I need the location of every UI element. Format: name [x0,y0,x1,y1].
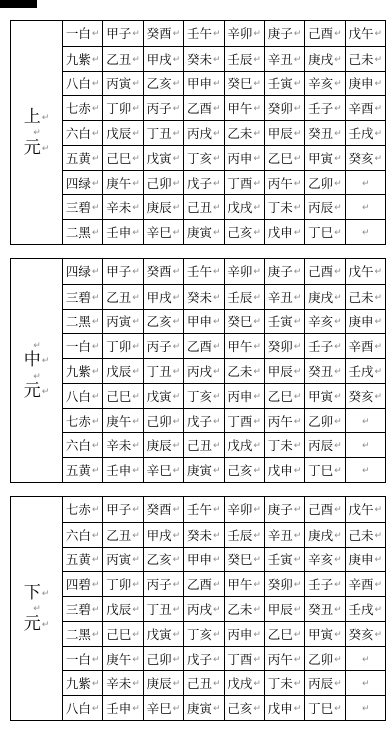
ganzhi-cell: 乙亥↵ [143,71,183,96]
ganzhi-text: 戊辰 [106,124,131,142]
paragraph-mark-icon: ↵ [334,154,342,164]
ganzhi-cell: 辛丑↵ [264,284,304,309]
paragraph-mark-icon: ↵ [92,79,100,89]
ganzhi-text: 丙戌 [187,124,212,142]
ganzhi-text: 甲子 [106,262,131,280]
star-cell: 四绿↵ [62,259,102,284]
ganzhi-cell: 戊辰↵ [102,358,142,383]
paragraph-mark-icon: ↵ [334,655,342,665]
ganzhi-text: 丁酉 [227,412,252,430]
star-cell: 九紫↵ [62,670,102,695]
paragraph-mark-icon: ↵ [92,417,100,427]
ganzhi-cell: ↵ [345,408,385,433]
star-text: 五黄 [66,149,91,167]
ganzhi-text: 癸酉 [147,24,172,42]
ganzhi-text: 戊申 [268,699,293,717]
paragraph-mark-icon: ↵ [294,704,302,714]
paragraph-mark-icon: ↵ [213,154,221,164]
ganzhi-cell: 甲辰↵ [264,596,304,621]
ganzhi-text: 丙辰 [308,436,333,454]
paragraph-mark-icon: ↵ [253,531,261,541]
ganzhi-cell: ↵ [345,695,385,720]
star-cell: 五黄↵ [62,547,102,572]
paragraph-mark-icon: ↵ [132,555,140,565]
star-cell: 九紫↵ [62,46,102,71]
ganzhi-cell: 辛酉↵ [345,571,385,596]
paragraph-mark-icon: ↵ [92,29,100,39]
ganzhi-cell: 丙子↵ [143,95,183,120]
ganzhi-cell: 戊寅↵ [143,621,183,646]
ganzhi-cell: 戊寅↵ [143,145,183,170]
ganzhi-text: 乙巳 [268,149,293,167]
ganzhi-text: 甲午 [227,575,252,593]
ganzhi-cell: 庚子↵ [264,21,304,46]
paragraph-mark-icon: ↵ [213,267,221,277]
paragraph-mark-icon: ↵ [253,154,261,164]
paragraph-mark-icon: ↵ [173,228,181,238]
ganzhi-text: 丙午 [268,174,293,192]
ganzhi-text: 辛未 [106,436,131,454]
paragraph-mark-icon: ↵ [375,293,383,303]
paragraph-mark-icon: ↵ [213,417,221,427]
star-cell: 一白↵ [62,21,102,46]
paragraph-mark-icon: ↵ [334,630,342,640]
paragraph-mark-icon: ↵ [253,79,261,89]
paragraph-mark-icon: ↵ [253,129,261,139]
paragraph-mark-icon: ↵ [132,55,140,65]
ganzhi-cell: 戊辰↵ [102,120,142,145]
ganzhi-text: 己巳 [106,149,131,167]
ganzhi-text: 庚申 [349,74,374,92]
ganzhi-cell: 丁巳↵ [304,219,344,244]
ganzhi-text: 庚寅 [187,461,212,479]
paragraph-mark-icon: ↵ [334,342,342,352]
ganzhi-text: 丙子 [147,575,172,593]
paragraph-mark-icon: ↵ [132,392,140,402]
paragraph-mark-icon: ↵ [253,55,261,65]
ganzhi-text: 戊寅 [147,625,172,643]
era-label-line: 元↵ [24,138,50,158]
ganzhi-cell: 癸丑↵ [304,358,344,383]
ganzhi-text: 甲辰 [268,600,293,618]
paragraph-mark-icon: ↵ [334,531,342,541]
ganzhi-cell: 乙卯↵ [304,646,344,671]
ganzhi-cell: 癸卯↵ [264,571,304,596]
paragraph-mark-icon: ↵ [173,555,181,565]
paragraph-mark-icon: ↵ [92,655,100,665]
ganzhi-text: 丁酉 [227,174,252,192]
ganzhi-text: 乙亥 [147,550,172,568]
ganzhi-cell: 庚寅↵ [183,695,223,720]
ganzhi-text: 庚辰 [147,198,172,216]
star-text: 四绿 [66,262,91,280]
ganzhi-cell: 甲子↵ [102,259,142,284]
ganzhi-text: 甲辰 [268,124,293,142]
ganzhi-text: 辛亥 [308,74,333,92]
ganzhi-text: 甲子 [106,24,131,42]
star-text: 三碧 [66,288,91,306]
paragraph-mark-icon: ↵ [253,605,261,615]
paragraph-mark-icon: ↵ [362,417,370,427]
ganzhi-cell: 甲午↵ [224,95,264,120]
paragraph-mark-icon: ↵ [375,531,383,541]
paragraph-mark-icon: ↵ [253,228,261,238]
ganzhi-text: 辛巳 [147,461,172,479]
paragraph-mark-icon: ↵ [173,179,181,189]
paragraph-mark-icon: ↵ [173,79,181,89]
ganzhi-text: 壬申 [106,699,131,717]
paragraph-mark-icon: ↵ [173,267,181,277]
paragraph-mark-icon: ↵ [92,605,100,615]
ganzhi-text: 甲申 [187,550,212,568]
star-cell: 一白↵ [62,646,102,671]
ganzhi-cell: 癸亥↵ [345,145,385,170]
ganzhi-cell: 丙子↵ [143,333,183,358]
ganzhi-text: 乙丑 [106,50,131,68]
star-text: 八白 [66,74,91,92]
paragraph-mark-icon: ↵ [92,342,100,352]
paragraph-mark-icon: ↵ [132,29,140,39]
paragraph-mark-icon: ↵ [213,29,221,39]
era-label-line: 下↵ [24,583,50,603]
paragraph-mark-icon: ↵ [33,604,41,615]
paragraph-mark-icon: ↵ [92,441,100,451]
paragraph-mark-icon: ↵ [213,580,221,590]
ganzhi-text: 庚子 [268,24,293,42]
era-label-line: ↵ [32,603,41,614]
star-cell: 六白↵ [62,120,102,145]
paragraph-mark-icon: ↵ [253,104,261,114]
ganzhi-cell: 乙未↵ [224,120,264,145]
ganzhi-text: 庚午 [106,174,131,192]
ganzhi-cell: 辛酉↵ [345,333,385,358]
star-cell: 一白↵ [62,333,102,358]
ganzhi-cell: 己巳↵ [102,621,142,646]
ganzhi-cell: 辛未↵ [102,194,142,219]
ganzhi-text: 辛丑 [268,288,293,306]
ganzhi-text: 丙辰 [308,674,333,692]
ganzhi-text: 丁卯 [106,99,131,117]
ganzhi-text: 癸丑 [308,362,333,380]
paragraph-mark-icon: ↵ [213,441,221,451]
paragraph-mark-icon: ↵ [33,372,41,383]
ganzhi-text: 己亥 [227,461,252,479]
ganzhi-text: 乙未 [227,600,252,618]
ganzhi-cell: 丁酉↵ [224,408,264,433]
star-text: 二黑 [66,625,91,643]
ganzhi-cell: 丁未↵ [264,194,304,219]
ganzhi-text: 戊申 [268,461,293,479]
ganzhi-text: 癸酉 [147,262,172,280]
paragraph-mark-icon: ↵ [92,630,100,640]
paragraph-mark-icon: ↵ [92,704,100,714]
ganzhi-text: 丁未 [268,674,293,692]
ganzhi-cell: 丁未↵ [264,670,304,695]
ganzhi-text: 壬申 [106,461,131,479]
paragraph-mark-icon: ↵ [173,392,181,402]
ganzhi-cell: 己丑↵ [183,670,223,695]
ganzhi-text: 己未 [349,50,374,68]
paragraph-mark-icon: ↵ [294,441,302,451]
ganzhi-cell: 辛丑↵ [264,46,304,71]
ganzhi-cell: 己未↵ [345,46,385,71]
ganzhi-text: 丁卯 [106,575,131,593]
ganzhi-cell: 己亥↵ [224,219,264,244]
paragraph-mark-icon: ↵ [253,293,261,303]
star-text: 八白 [66,387,91,405]
ganzhi-text: 庚午 [106,412,131,430]
ganzhi-text: 甲申 [187,74,212,92]
ganzhi-cell: 戊午↵ [345,497,385,522]
ganzhi-text: 己卯 [147,412,172,430]
ganzhi-cell: 庚申↵ [345,309,385,334]
paragraph-mark-icon: ↵ [92,392,100,402]
ganzhi-text: 丁巳 [308,223,333,241]
paragraph-mark-icon: ↵ [375,392,383,402]
ganzhi-text: 庚子 [268,500,293,518]
ganzhi-cell: 己丑↵ [183,432,223,457]
ganzhi-text: 癸丑 [308,124,333,142]
cropped-table-edge [0,0,37,8]
paragraph-mark-icon: ↵ [213,679,221,689]
paragraph-mark-icon: ↵ [253,555,261,565]
ganzhi-text: 壬子 [308,575,333,593]
paragraph-mark-icon: ↵ [253,342,261,352]
document-page: 上↵↵元↵一白↵甲子↵癸酉↵壬午↵辛卯↵庚子↵己酉↵戊午↵九紫↵乙丑↵甲戌↵癸未… [0,0,392,731]
ganzhi-text: 辛亥 [308,550,333,568]
ganzhi-cell: 辛未↵ [102,432,142,457]
paragraph-mark-icon: ↵ [173,531,181,541]
era-label-line: ↵ [32,371,41,382]
star-cell: 二黑↵ [62,621,102,646]
paragraph-mark-icon: ↵ [375,55,383,65]
paragraph-mark-icon: ↵ [92,367,100,377]
paragraph-mark-icon: ↵ [334,317,342,327]
ganzhi-text: 戊戌 [227,674,252,692]
ganzhi-text: 乙卯 [308,174,333,192]
paragraph-mark-icon: ↵ [294,342,302,352]
ganzhi-cell: 壬午↵ [183,259,223,284]
ganzhi-cell: 丙午↵ [264,408,304,433]
paragraph-mark-icon: ↵ [294,179,302,189]
paragraph-mark-icon: ↵ [362,466,370,476]
paragraph-mark-icon: ↵ [213,555,221,565]
paragraph-mark-icon: ↵ [253,505,261,515]
ganzhi-text: 庚午 [106,650,131,668]
ganzhi-text: 戊申 [268,223,293,241]
paragraph-mark-icon: ↵ [294,679,302,689]
ganzhi-cell: 庚午↵ [102,170,142,195]
ganzhi-cell: 庚辰↵ [143,670,183,695]
paragraph-mark-icon: ↵ [92,531,100,541]
ganzhi-text: 丙寅 [106,74,131,92]
era-label: 上↵↵元↵ [11,21,62,244]
ganzhi-cell: 丁亥↵ [183,621,223,646]
ganzhi-text: 丙午 [268,650,293,668]
ganzhi-text: 丁巳 [308,461,333,479]
ganzhi-cell: 癸未↵ [183,284,223,309]
ganzhi-text: 乙亥 [147,74,172,92]
era-label-line: 元↵ [24,381,50,401]
ganzhi-cell: 辛酉↵ [345,95,385,120]
ganzhi-text: 丙申 [227,149,252,167]
star-text: 七赤 [66,99,91,117]
paragraph-mark-icon: ↵ [375,342,383,352]
ganzhi-cell: 己亥↵ [224,457,264,482]
era-label-char: 中 [24,350,41,370]
ganzhi-text: 癸未 [187,50,212,68]
ganzhi-text: 丙申 [227,387,252,405]
ganzhi-cell: 丁巳↵ [304,457,344,482]
ganzhi-text: 丁丑 [147,124,172,142]
paragraph-mark-icon: ↵ [132,367,140,377]
paragraph-mark-icon: ↵ [92,55,100,65]
ganzhi-cell: 壬子↵ [304,333,344,358]
paragraph-mark-icon: ↵ [334,267,342,277]
ganzhi-text: 壬戌 [349,362,374,380]
era-label: 下↵↵元↵ [11,497,62,720]
ganzhi-cell: 乙丑↵ [102,46,142,71]
paragraph-mark-icon: ↵ [132,267,140,277]
paragraph-mark-icon: ↵ [173,317,181,327]
era-label: ↵中↵↵元↵ [11,259,62,482]
star-text: 一白 [66,337,91,355]
paragraph-mark-icon: ↵ [92,466,100,476]
ganzhi-text: 癸未 [187,288,212,306]
ganzhi-cell: 壬戌↵ [345,358,385,383]
paragraph-mark-icon: ↵ [173,466,181,476]
paragraph-mark-icon: ↵ [173,367,181,377]
ganzhi-cell: 庚午↵ [102,646,142,671]
paragraph-mark-icon: ↵ [294,531,302,541]
ganzhi-text: 丁巳 [308,699,333,717]
ganzhi-text: 戊午 [349,24,374,42]
paragraph-mark-icon: ↵ [92,317,100,327]
ganzhi-text: 甲寅 [308,149,333,167]
paragraph-mark-icon: ↵ [253,704,261,714]
ganzhi-cell: 丁丑↵ [143,120,183,145]
paragraph-mark-icon: ↵ [213,79,221,89]
paragraph-mark-icon: ↵ [294,605,302,615]
ganzhi-cell: 癸酉↵ [143,21,183,46]
ganzhi-text: 丙午 [268,412,293,430]
ganzhi-cell: ↵ [345,670,385,695]
paragraph-mark-icon: ↵ [132,342,140,352]
paragraph-mark-icon: ↵ [375,630,383,640]
paragraph-mark-icon: ↵ [173,679,181,689]
ganzhi-cell: 庚戌↵ [304,522,344,547]
paragraph-mark-icon: ↵ [334,203,342,213]
star-cell: 三碧↵ [62,284,102,309]
paragraph-mark-icon: ↵ [92,129,100,139]
paragraph-mark-icon: ↵ [253,179,261,189]
paragraph-mark-icon: ↵ [213,104,221,114]
ganzhi-text: 乙未 [227,362,252,380]
star-text: 七赤 [66,412,91,430]
ganzhi-cell: 癸巳↵ [224,309,264,334]
ganzhi-text: 丙寅 [106,312,131,330]
ganzhi-cell: ↵ [345,457,385,482]
ganzhi-cell: 庚申↵ [345,71,385,96]
paragraph-mark-icon: ↵ [173,441,181,451]
ganzhi-text: 甲辰 [268,362,293,380]
ganzhi-text: 辛酉 [349,99,374,117]
star-cell: 四绿↵ [62,170,102,195]
ganzhi-text: 丙申 [227,625,252,643]
paragraph-mark-icon: ↵ [213,505,221,515]
ganzhi-cell: 辛卯↵ [224,21,264,46]
ganzhi-text: 乙卯 [308,412,333,430]
paragraph-mark-icon: ↵ [362,679,370,689]
paragraph-mark-icon: ↵ [334,505,342,515]
ganzhi-cell: 甲寅↵ [304,145,344,170]
star-text: 九紫 [66,674,91,692]
ganzhi-text: 癸亥 [349,149,374,167]
paragraph-mark-icon: ↵ [253,203,261,213]
ganzhi-cell: 己巳↵ [102,145,142,170]
ganzhi-cell: 甲寅↵ [304,621,344,646]
ganzhi-cell: ↵ [345,170,385,195]
star-cell: 五黄↵ [62,457,102,482]
paragraph-mark-icon: ↵ [173,704,181,714]
paragraph-mark-icon: ↵ [213,129,221,139]
paragraph-mark-icon: ↵ [362,203,370,213]
paragraph-mark-icon: ↵ [294,466,302,476]
ganzhi-text: 辛酉 [349,337,374,355]
ganzhi-cell: 丁丑↵ [143,358,183,383]
ganzhi-cell: 壬戌↵ [345,120,385,145]
paragraph-mark-icon: ↵ [334,179,342,189]
ganzhi-text: 庚申 [349,312,374,330]
paragraph-mark-icon: ↵ [173,580,181,590]
ganzhi-cell: 甲午↵ [224,333,264,358]
paragraph-mark-icon: ↵ [132,129,140,139]
ganzhi-cell: 乙巳↵ [264,621,304,646]
ganzhi-text: 壬寅 [268,550,293,568]
ganzhi-cell: 己酉↵ [304,259,344,284]
ganzhi-text: 辛丑 [268,50,293,68]
paragraph-mark-icon: ↵ [253,417,261,427]
paragraph-mark-icon: ↵ [253,392,261,402]
ganzhi-cell: 乙巳↵ [264,145,304,170]
paragraph-mark-icon: ↵ [213,367,221,377]
ganzhi-text: 庚辰 [147,674,172,692]
ganzhi-text: 壬午 [187,262,212,280]
ganzhi-cell: 戊戌↵ [224,432,264,457]
era-label-char: 元 [24,138,41,158]
ganzhi-cell: 丙戌↵ [183,120,223,145]
paragraph-mark-icon: ↵ [92,293,100,303]
paragraph-mark-icon: ↵ [173,129,181,139]
star-cell: 二黑↵ [62,309,102,334]
ganzhi-cell: 癸酉↵ [143,259,183,284]
ganzhi-cell: ↵ [345,432,385,457]
ganzhi-text: 甲寅 [308,387,333,405]
ganzhi-cell: 甲申↵ [183,309,223,334]
paragraph-mark-icon: ↵ [294,55,302,65]
ganzhi-cell: 庚申↵ [345,547,385,572]
ganzhi-text: 甲午 [227,337,252,355]
paragraph-mark-icon: ↵ [375,154,383,164]
paragraph-mark-icon: ↵ [132,580,140,590]
ganzhi-text: 甲戌 [147,50,172,68]
ganzhi-cell: 庚午↵ [102,408,142,433]
ganzhi-text: 丙寅 [106,550,131,568]
ganzhi-text: 癸丑 [308,600,333,618]
ganzhi-text: 辛未 [106,674,131,692]
ganzhi-text: 丁亥 [187,387,212,405]
ganzhi-cell: 丙寅↵ [102,547,142,572]
